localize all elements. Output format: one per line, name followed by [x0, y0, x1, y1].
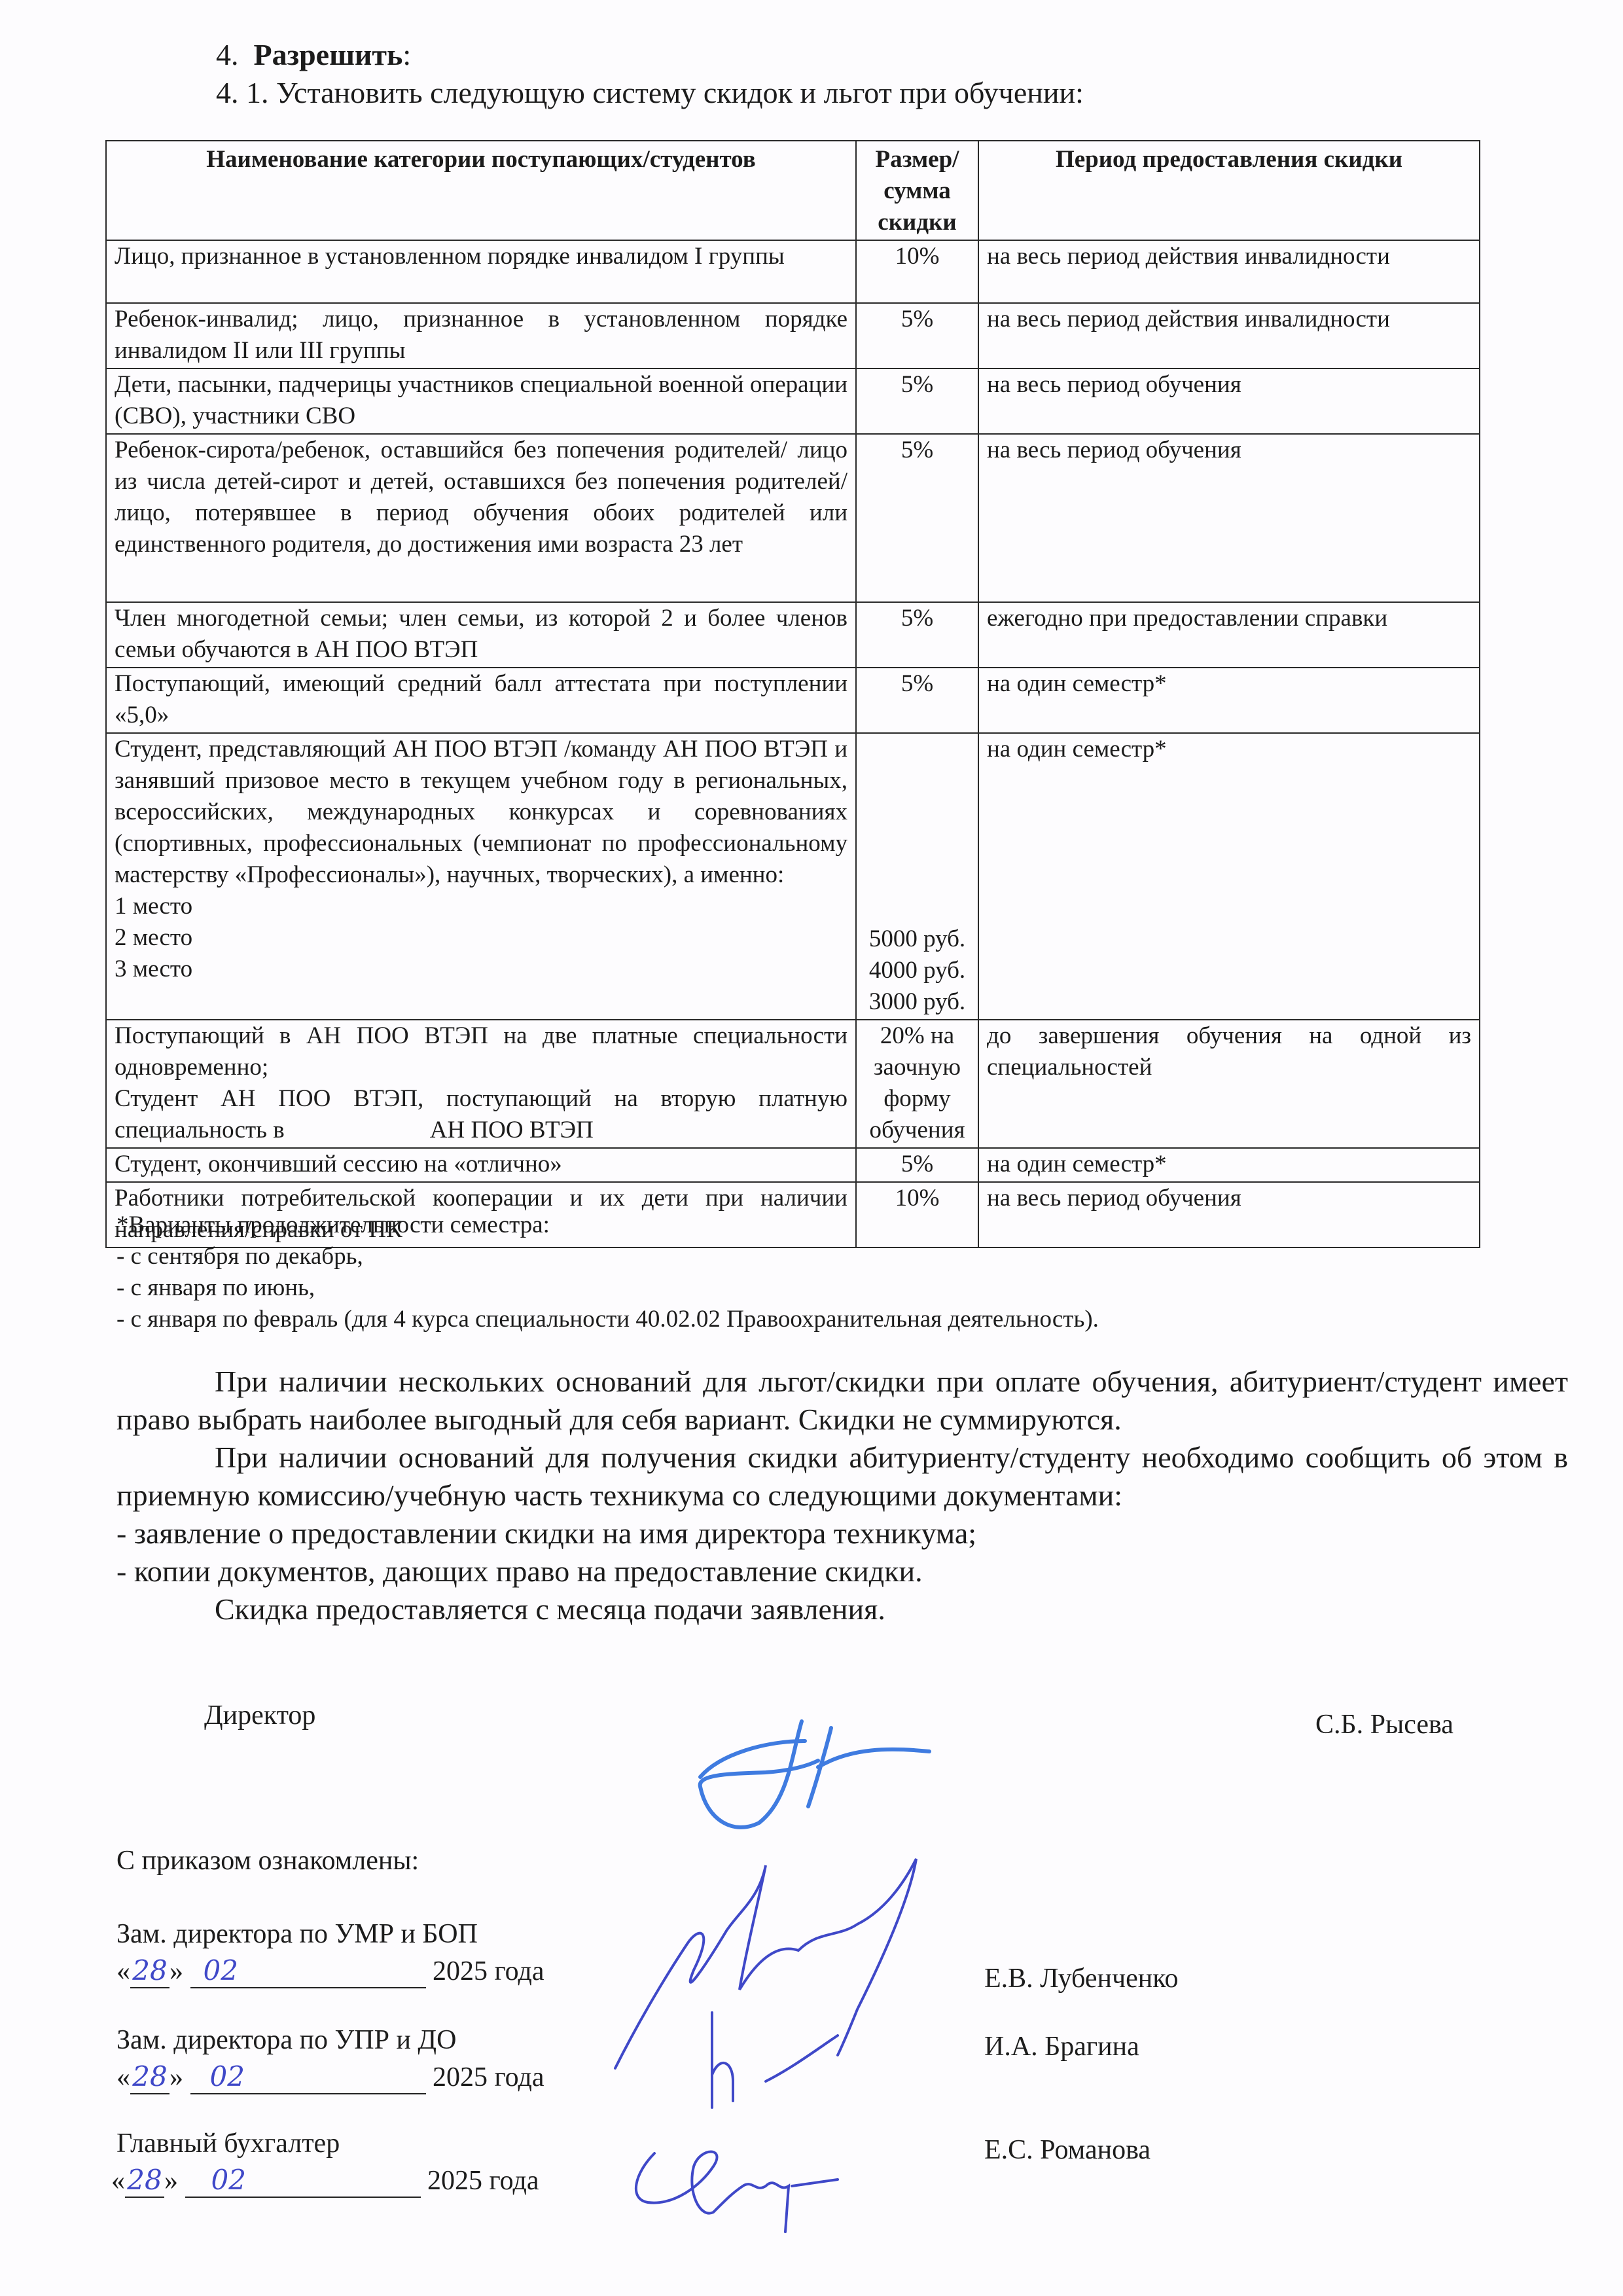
signer-day: 28: [125, 2164, 164, 2198]
table-row: Ребенок-сирота/ребенок, оставшийся без п…: [106, 434, 1480, 602]
row-amount: 5%: [856, 434, 978, 602]
signer-month: 02: [190, 2060, 426, 2094]
signer-position: Зам. директора по УМР и БОП: [116, 1918, 478, 1950]
signer-name: Е.В. Лубенченко: [984, 1962, 1179, 1995]
footnote-title: *Варианты продолжительности семестра:: [116, 1210, 1491, 1241]
row-period: на один семестр*: [978, 668, 1480, 733]
paragraph-documents-required: При наличии оснований для получения скид…: [116, 1439, 1568, 1515]
document-list-item: - копии документов, дающих право на пред…: [116, 1552, 1568, 1590]
row-amount: 5000 руб. 4000 руб. 3000 руб.: [856, 733, 978, 1020]
prize-description: Студент, представляющий АН ПОО ВТЭП /ком…: [115, 734, 847, 891]
place-2-amount: 4000 руб.: [865, 955, 970, 986]
signer-position: Зам. директора по УПР и ДО: [116, 2024, 456, 2056]
table-row-prize-places: Студент, представляющий АН ПОО ВТЭП /ком…: [106, 733, 1480, 1020]
row-amount: 20% на заочную форму обучения: [856, 1020, 978, 1148]
row-category: Ребенок-инвалид; лицо, признанное в уста…: [106, 303, 856, 368]
signer-position: Главный бухгалтер: [116, 2127, 340, 2160]
paragraph-multiple-grounds: При наличии нескольких оснований для льг…: [116, 1363, 1568, 1439]
table-row: Студент, окончивший сессию на «отлично» …: [106, 1148, 1480, 1182]
section-heading: 4. Разрешить:: [216, 37, 411, 73]
row-category: Лицо, признанное в установленном порядке…: [106, 240, 856, 303]
body-text: При наличии нескольких оснований для льг…: [116, 1363, 1568, 1628]
table-row: Дети, пасынки, падчерицы участников спец…: [106, 368, 1480, 434]
row-category: Дети, пасынки, падчерицы участников спец…: [106, 368, 856, 434]
table-row: Ребенок-инвалид; лицо, признанное в уста…: [106, 303, 1480, 368]
signer-month: 02: [185, 2164, 421, 2198]
row-amount: 10%: [856, 240, 978, 303]
row-amount: 5%: [856, 1148, 978, 1182]
signer-year: 2025 года: [433, 1956, 544, 1986]
signer-day: 28: [130, 1954, 169, 1988]
subsection-heading: 4. 1. Установить следующую систему скидо…: [216, 75, 1084, 111]
discount-table: Наименование категории поступающих/студе…: [105, 140, 1480, 1248]
row-amount: 5%: [856, 602, 978, 668]
header-amount: Размер/сумма скидки: [856, 141, 978, 240]
header-period: Период предоставления скидки: [978, 141, 1480, 240]
signer-year: 2025 года: [433, 2062, 544, 2092]
row-period: на один семестр*: [978, 1148, 1480, 1182]
deputy-upr-signature: [707, 2009, 877, 2114]
signer-month: 02: [190, 1954, 426, 1988]
row-amount: 5%: [856, 303, 978, 368]
row-amount: 5%: [856, 368, 978, 434]
footnote-item: - с января по февраль (для 4 курса специ…: [116, 1304, 1491, 1335]
row-period: ежегодно при предоставлении справки: [978, 602, 1480, 668]
row-period: до завершения обучения на одной из специ…: [978, 1020, 1480, 1148]
document-list-item: - заявление о предоставлении скидки на и…: [116, 1515, 1568, 1552]
table-row: Член многодетной семьи; член семьи, из к…: [106, 602, 1480, 668]
table-row: Лицо, признанное в установленном порядке…: [106, 240, 1480, 303]
row-category: Ребенок-сирота/ребенок, оставшийся без п…: [106, 434, 856, 602]
director-signature: [694, 1715, 995, 1833]
signer-date: «28» 02 2025 года: [116, 1954, 544, 1988]
table-row: Поступающий в АН ПОО ВТЭП на две платные…: [106, 1020, 1480, 1148]
signer-name: И.А. Брагина: [984, 2030, 1139, 2063]
signer-name: Е.С. Романова: [984, 2134, 1150, 2166]
director-title: Директор: [204, 1699, 315, 1732]
place-1-label: 1 место: [115, 891, 847, 922]
director-name: С.Б. Рысева: [1315, 1708, 1454, 1741]
place-3-label: 3 место: [115, 954, 847, 985]
table-row: Поступающий, имеющий средний балл аттест…: [106, 668, 1480, 733]
row-category: Поступающий в АН ПОО ВТЭП на две платные…: [106, 1020, 856, 1148]
acknowledgement-title: С приказом ознакомлены:: [116, 1844, 419, 1877]
table-header-row: Наименование категории поступающих/студе…: [106, 141, 1480, 240]
footnote-item: - с сентября по декабрь,: [116, 1241, 1491, 1272]
row-category: Студент, окончивший сессию на «отлично»: [106, 1148, 856, 1182]
section-title: Разрешить: [254, 38, 403, 71]
signer-day: 28: [130, 2060, 169, 2094]
header-category: Наименование категории поступающих/студе…: [106, 141, 856, 240]
row-period: на весь период обучения: [978, 368, 1480, 434]
semester-footnote: *Варианты продолжительности семестра: - …: [116, 1210, 1491, 1335]
row-period: на весь период обучения: [978, 434, 1480, 602]
row-category: Член многодетной семьи; член семьи, из к…: [106, 602, 856, 668]
row-category: Студент, представляющий АН ПОО ВТЭП /ком…: [106, 733, 856, 1020]
row-period: на весь период действия инвалидности: [978, 303, 1480, 368]
row-category: Поступающий, имеющий средний балл аттест…: [106, 668, 856, 733]
footnote-item: - с января по июнь,: [116, 1272, 1491, 1304]
row-period: на весь период действия инвалидности: [978, 240, 1480, 303]
row-period: на один семестр*: [978, 733, 1480, 1020]
signer-year: 2025 года: [427, 2166, 539, 2196]
section-number: 4.: [216, 38, 239, 71]
place-3-amount: 3000 руб.: [865, 986, 970, 1018]
signer-date: «28» 02 2025 года: [116, 2060, 544, 2094]
place-1-amount: 5000 руб.: [865, 924, 970, 955]
signer-date: «28» 02 2025 года: [111, 2164, 539, 2198]
chief-accountant-signature: [628, 2140, 851, 2232]
paragraph-effective-date: Скидка предоставляется с месяца подачи з…: [116, 1590, 1568, 1628]
place-2-label: 2 место: [115, 922, 847, 954]
row-amount: 5%: [856, 668, 978, 733]
